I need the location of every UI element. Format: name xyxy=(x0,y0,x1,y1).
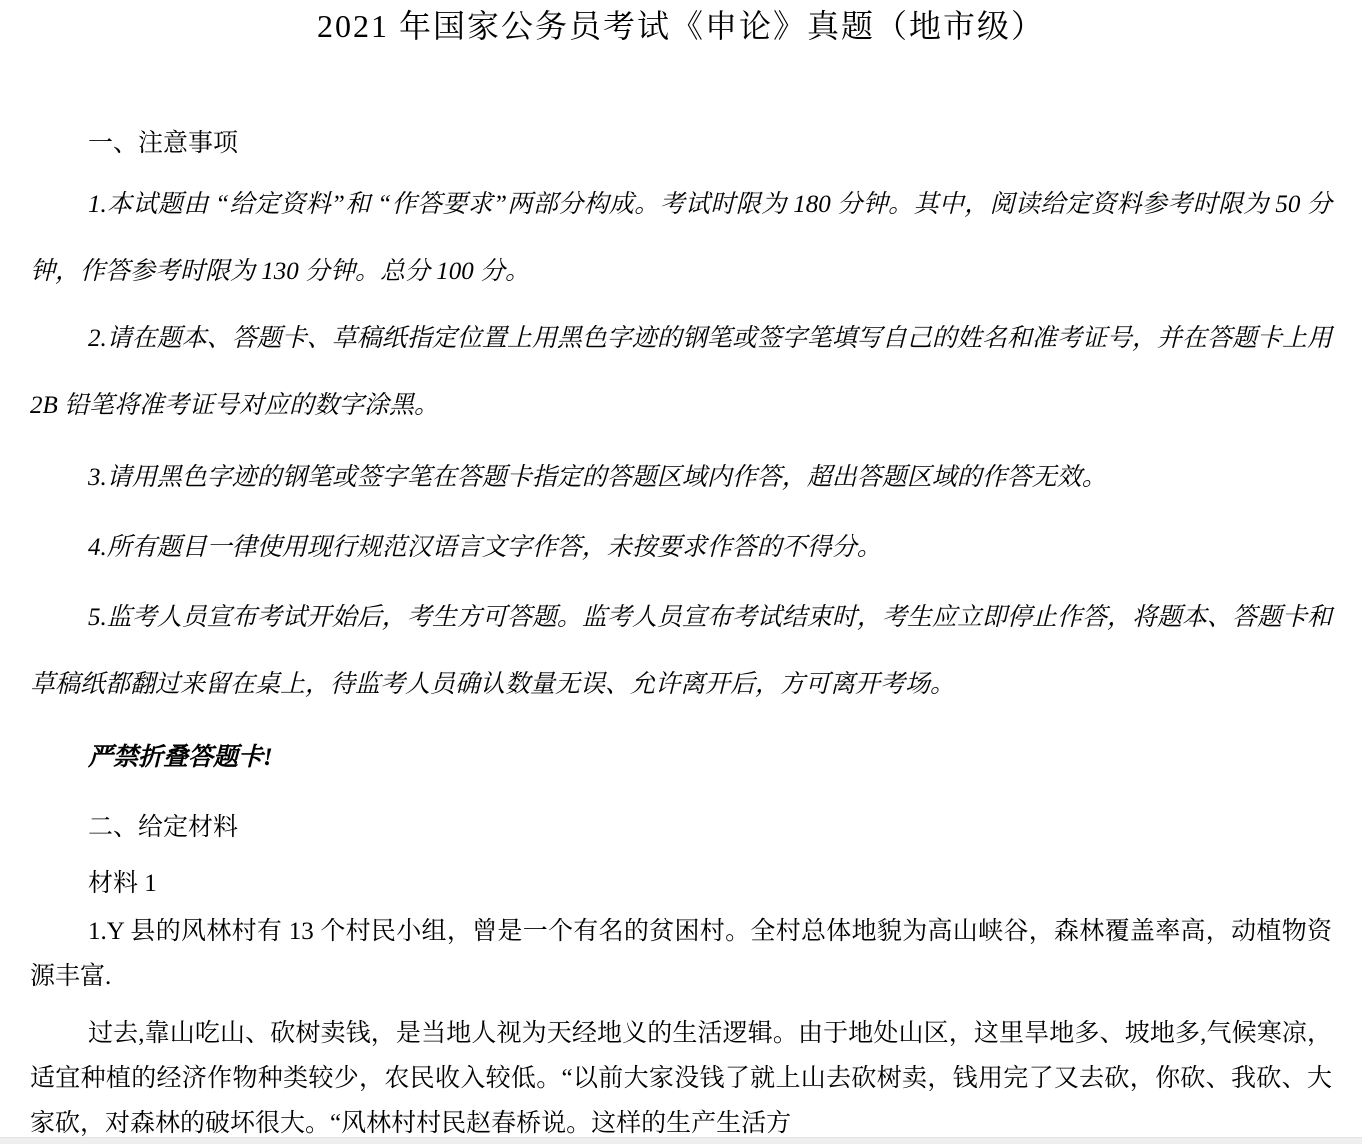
warning-text: 严禁折叠答题卡! xyxy=(30,724,1332,791)
document-page: 2021 年国家公务员考试《申论》真题（地市级） 一、注意事项 1.本试题由 “… xyxy=(0,4,1362,1144)
viewer-bottom-bar xyxy=(0,1137,1362,1144)
notice-item-4: 4.所有题目一律使用现行规范汉语言文字作答，未按要求作答的不得分。 xyxy=(30,514,1332,581)
section-notes-heading: 一、注意事项 xyxy=(30,129,1332,159)
material-paragraph-1: 1.Y 县的风林村有 13 个村民小组，曾是一个有名的贫困村。全村总体地貌为高山… xyxy=(30,909,1332,999)
notice-item-5: 5.监考人员宣布考试开始后，考生方可答题。监考人员宣布考试结束时，考生应立即停止… xyxy=(30,584,1332,718)
material-paragraph-2: 过去,靠山吃山、砍树卖钱，是当地人视为天经地义的生活逻辑。由于地处山区，这里旱地… xyxy=(30,1011,1332,1144)
material-1-label: 材料 1 xyxy=(30,861,1332,906)
section-materials-heading: 二、给定材料 xyxy=(30,794,1332,861)
page-title: 2021 年国家公务员考试《申论》真题（地市级） xyxy=(30,4,1332,48)
notice-item-2: 2.请在题本、答题卡、草稿纸指定位置上用黑色字迹的钢笔或签字笔填写自己的姓名和准… xyxy=(30,305,1332,439)
notice-item-3: 3.请用黑色字迹的钢笔或签字笔在答题卡指定的答题区域内作答，超出答题区域的作答无… xyxy=(30,444,1332,511)
notice-item-1: 1.本试题由 “给定资料”和 “作答要求”两部分构成。考试时限为 180 分钟。… xyxy=(30,171,1332,305)
